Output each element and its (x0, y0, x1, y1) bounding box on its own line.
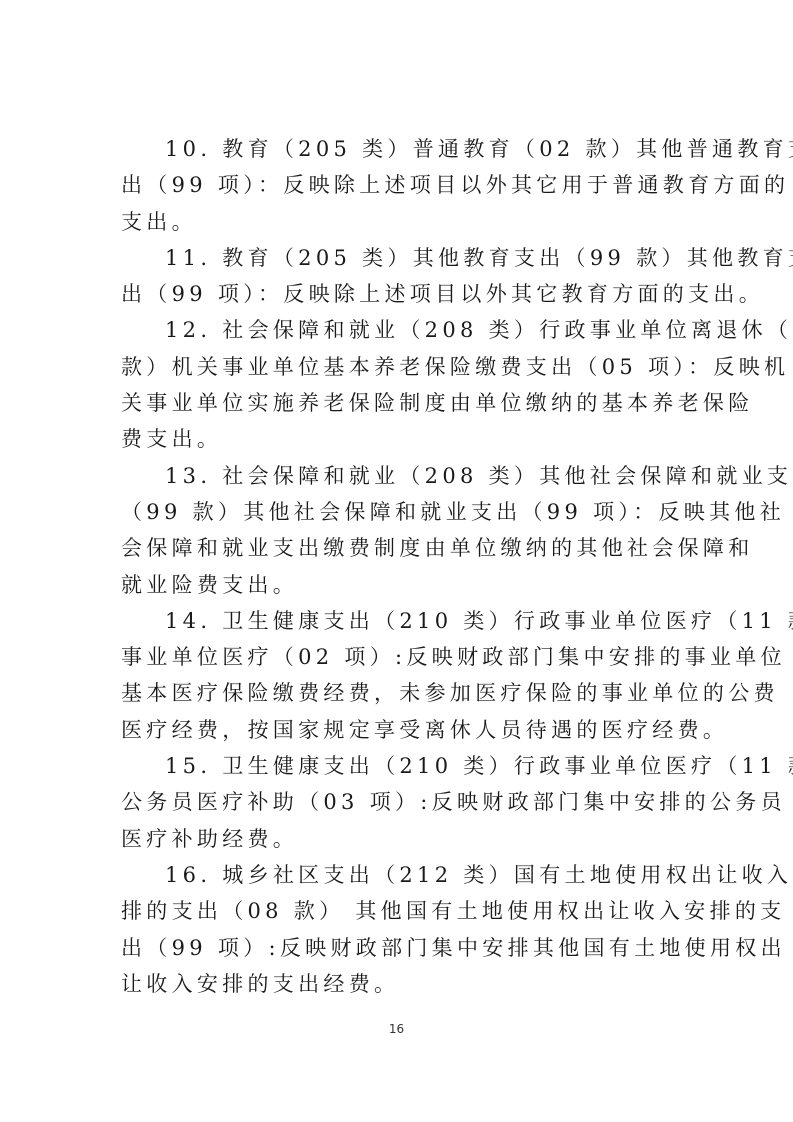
paragraph-line: 13. 社会保障和就业（208 类）其他社会保障和就业支出 (121, 458, 677, 494)
paragraph-line: 出（99 项）：反映除上述项目以外其它用于普通教育方面的 (121, 167, 677, 203)
paragraph-line: 事业单位医疗（02 项）:反映财政部门集中安排的事业单位 (121, 639, 677, 675)
document-page: 10. 教育（205 类）普通教育（02 款）其他普通教育支 出（99 项）：反… (0, 0, 793, 1122)
paragraph-line: 支出。 (121, 204, 677, 240)
paragraph-line: 就业险费支出。 (121, 567, 677, 603)
paragraph-14: 14. 卫生健康支出（210 类）行政事业单位医疗（11 款） 事业单位医疗（0… (121, 603, 677, 748)
paragraph-line: 出（99 项）：反映除上述项目以外其它教育方面的支出。 (121, 276, 677, 312)
paragraph-line: 款）机关事业单位基本养老保险缴费支出（05 项）：反映机 (121, 349, 677, 385)
paragraph-line: 14. 卫生健康支出（210 类）行政事业单位医疗（11 款） (121, 603, 677, 639)
paragraph-line: 医疗补助经费。 (121, 821, 677, 857)
paragraph-13: 13. 社会保障和就业（208 类）其他社会保障和就业支出 （99 款）其他社会… (121, 458, 677, 603)
paragraph-line: （99 款）其他社会保障和就业支出（99 项）：反映其他社 (121, 494, 677, 530)
paragraph-15: 15. 卫生健康支出（210 类）行政事业单位医疗（11 款） 公务员医疗补助（… (121, 748, 677, 857)
paragraph-line: 10. 教育（205 类）普通教育（02 款）其他普通教育支 (121, 131, 677, 167)
paragraph-line: 15. 卫生健康支出（210 类）行政事业单位医疗（11 款） (121, 748, 677, 784)
paragraph-line: 医疗经费，按国家规定享受离休人员待遇的医疗经费。 (121, 712, 677, 748)
paragraph-11: 11. 教育（205 类）其他教育支出（99 款）其他教育支 出（99 项）：反… (121, 240, 677, 313)
paragraph-line: 公务员医疗补助（03 项）:反映财政部门集中安排的公务员 (121, 784, 677, 820)
paragraph-line: 会保障和就业支出缴费制度由单位缴纳的其他社会保障和 (121, 530, 677, 566)
document-body: 10. 教育（205 类）普通教育（02 款）其他普通教育支 出（99 项）：反… (121, 131, 677, 1002)
paragraph-line: 出（99 项）:反映财政部门集中安排其他国有土地使用权出 (121, 930, 677, 966)
page-number: 16 (0, 1022, 793, 1036)
paragraph-line: 16. 城乡社区支出（212 类）国有土地使用权出让收入安 (121, 857, 677, 893)
paragraph-12: 12. 社会保障和就业（208 类）行政事业单位离退休（05 款）机关事业单位基… (121, 312, 677, 457)
paragraph-line: 基本医疗保险缴费经费，未参加医疗保险的事业单位的公费 (121, 675, 677, 711)
paragraph-10: 10. 教育（205 类）普通教育（02 款）其他普通教育支 出（99 项）：反… (121, 131, 677, 240)
paragraph-16: 16. 城乡社区支出（212 类）国有土地使用权出让收入安 排的支出（08 款）… (121, 857, 677, 1002)
paragraph-line: 12. 社会保障和就业（208 类）行政事业单位离退休（05 (121, 312, 677, 348)
paragraph-line: 让收入安排的支出经费。 (121, 966, 677, 1002)
paragraph-line: 11. 教育（205 类）其他教育支出（99 款）其他教育支 (121, 240, 677, 276)
paragraph-line: 关事业单位实施养老保险制度由单位缴纳的基本养老保险 (121, 385, 677, 421)
paragraph-line: 排的支出（08 款） 其他国有土地使用权出让收入安排的支 (121, 893, 677, 929)
paragraph-line: 费支出。 (121, 421, 677, 457)
